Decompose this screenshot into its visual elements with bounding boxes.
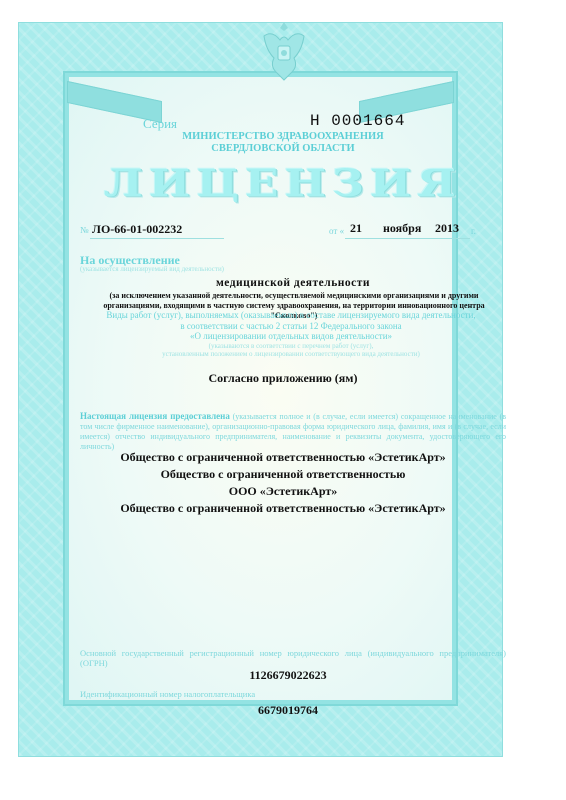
- organization-name: Общество с ограниченной ответственностью…: [0, 449, 566, 466]
- ogrn-label: Основной государственный регистрационный…: [80, 648, 506, 668]
- date-day: 21: [350, 221, 362, 236]
- license-number-underline: [90, 238, 224, 239]
- date-year: 2013: [435, 221, 459, 236]
- organization-name: Общество с ограниченной ответственностью…: [0, 500, 566, 517]
- works-line-1: Виды работ (услуг), выполняемых (оказыва…: [76, 310, 506, 321]
- works-hint-2: установленным положением о лицензировани…: [76, 350, 506, 358]
- date-suffix: г.: [471, 226, 476, 236]
- issuer-line-1: МИНИСТЕРСТВО ЗДРАВООХРАНЕНИЯ: [0, 131, 566, 143]
- date-underline: [345, 238, 470, 239]
- organization-name: ООО «ЭстетикАрт»: [0, 483, 566, 500]
- series-label: Серия: [143, 116, 177, 132]
- license-number-prefix: №: [80, 225, 89, 235]
- inn-label: Идентификационный номер налогоплательщик…: [80, 689, 255, 699]
- document-title: ЛИЦЕНЗИЯ: [0, 162, 566, 205]
- organization-list: Общество с ограниченной ответственностью…: [0, 449, 566, 517]
- series-number: Н 0001664: [310, 112, 405, 130]
- licensed-activity: медицинской деятельности: [0, 277, 566, 289]
- date-month: ноября: [383, 221, 421, 236]
- works-line-3: «О лицензировании отдельных видов деятел…: [76, 331, 506, 342]
- date-prefix: от «: [329, 226, 344, 236]
- activity-hint: (указывается лицензируемый вид деятельно…: [80, 265, 224, 273]
- per-appendix: Согласно приложению (ям): [0, 371, 566, 386]
- inn-value: 6679019764: [0, 703, 566, 718]
- issuer-name: МИНИСТЕРСТВО ЗДРАВООХРАНЕНИЯ СВЕРДЛОВСКО…: [0, 131, 566, 155]
- works-hint-1: (указываются в соответствии с перечнем р…: [76, 342, 506, 350]
- granted-lead: Настоящая лицензия предоставлена: [80, 411, 230, 421]
- organization-name: Общество с ограниченной ответственностью: [0, 466, 566, 483]
- works-section: Виды работ (услуг), выполняемых (оказыва…: [76, 310, 506, 358]
- ogrn-value: 1126679022623: [0, 668, 566, 683]
- issuer-line-2: СВЕРДЛОВСКОЙ ОБЛАСТИ: [0, 143, 566, 155]
- double-headed-eagle-icon: [252, 14, 316, 88]
- granted-section: Настоящая лицензия предоставлена (указыв…: [80, 411, 506, 452]
- license-number: ЛО-66-01-002232: [92, 222, 182, 237]
- works-line-2: в соответствии с частью 2 статьи 12 Феде…: [76, 321, 506, 332]
